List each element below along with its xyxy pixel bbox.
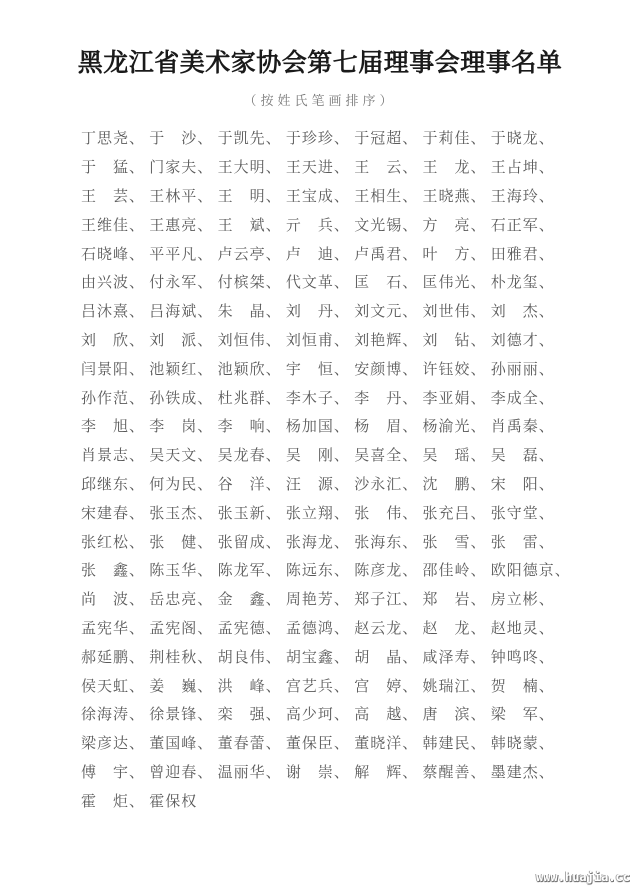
member-name: 欧阳德京、: [491, 560, 559, 580]
member-name: 宋 阳、: [491, 474, 559, 494]
member-name: 刘文元、: [354, 301, 422, 321]
name-row: 李 旭、李 岗、李 响、杨加国、杨 眉、杨渝光、肖禹秦、: [81, 412, 581, 441]
member-name: 许钰姣、: [422, 359, 490, 379]
member-name: 王大明、: [218, 157, 286, 177]
member-name: 吕沐熹、: [81, 301, 149, 321]
member-name: 王宝成、: [286, 186, 354, 206]
member-name: 平平凡、: [149, 244, 217, 264]
member-name: 张守堂、: [491, 503, 559, 523]
member-name: 孟宪德、: [218, 618, 286, 638]
member-name: 刘世伟、: [422, 301, 490, 321]
member-name: 朴龙玺、: [491, 272, 559, 292]
member-name: 赵 龙、: [422, 618, 490, 638]
member-name: 郑 岩、: [422, 589, 490, 609]
member-name: 闫景阳、: [81, 359, 149, 379]
member-name: 咸泽寿、: [422, 647, 490, 667]
member-name: 刘德才、: [491, 330, 559, 350]
member-name: 谷 洋、: [218, 474, 286, 494]
member-name: 刘 钻、: [422, 330, 490, 350]
member-name: 田雅君、: [491, 244, 559, 264]
member-name: 付永军、: [149, 272, 217, 292]
member-name: 高少珂、: [286, 704, 354, 724]
name-row: 王 芸、王林平、王 明、王宝成、王相生、王晓燕、王海玲、: [81, 182, 581, 211]
name-row: 侯天虹、姜 巍、洪 峰、宫艺兵、宫 婷、姚瑞江、贺 楠、: [81, 671, 581, 700]
member-name: 王 明、: [218, 186, 286, 206]
member-name: 傅 宇、: [81, 762, 149, 782]
member-name: 李木子、: [286, 388, 354, 408]
member-name: 李亚娟、: [422, 388, 490, 408]
member-name: 门家夫、: [149, 157, 217, 177]
member-name: 刘艳辉、: [354, 330, 422, 350]
member-name: 董晓洋、: [354, 733, 422, 753]
member-name: 张玉杰、: [149, 503, 217, 523]
member-name: 吴 瑶、: [422, 445, 490, 465]
member-name: 张 鑫、: [81, 560, 149, 580]
member-name: 于 猛、: [81, 157, 149, 177]
member-name: 叶 方、: [422, 244, 490, 264]
member-name: 陈玉华、: [149, 560, 217, 580]
member-name: 张红松、: [81, 532, 149, 552]
member-name: 张 雪、: [422, 532, 490, 552]
member-name: 于 沙、: [149, 128, 217, 148]
member-name: 姜 巍、: [149, 676, 217, 696]
document-title: 黑龙江省美术家协会第七届理事会理事名单: [0, 46, 640, 80]
member-name: 沈 鹏、: [422, 474, 490, 494]
member-name: 侯天虹、: [81, 676, 149, 696]
member-name: 张海龙、: [286, 532, 354, 552]
name-row: 孙作范、孙铁成、杜兆群、李木子、李 丹、李亚娟、李成全、: [81, 383, 581, 412]
member-name: 张充吕、: [422, 503, 490, 523]
member-name: 于莉佳、: [422, 128, 490, 148]
member-name: 方 亮、: [422, 215, 490, 235]
member-name: 王 龙、: [422, 157, 490, 177]
member-name: 邱继东、: [81, 474, 149, 494]
member-name: 岳忠亮、: [149, 589, 217, 609]
member-name: 汪 源、: [286, 474, 354, 494]
member-name: 代文革、: [286, 272, 354, 292]
name-row: 郝延鹏、荆桂秋、胡良伟、胡宝鑫、胡 晶、咸泽寿、钟鸣咚、: [81, 642, 581, 671]
member-name: 董保臣、: [286, 733, 354, 753]
member-name: 文光锡、: [354, 215, 422, 235]
member-name: 刘恒伟、: [218, 330, 286, 350]
member-name: 杨加国、: [286, 416, 354, 436]
name-row: 尚 波、岳忠亮、金 鑫、周艳芳、郑子江、郑 岩、房立彬、: [81, 585, 581, 614]
member-name: 赵云龙、: [354, 618, 422, 638]
member-name: 孙丽丽、: [491, 359, 559, 379]
member-name: 王 云、: [354, 157, 422, 177]
member-name: 宫 婷、: [354, 676, 422, 696]
member-name: 肖禹秦、: [491, 416, 559, 436]
member-name: 吴天文、: [149, 445, 217, 465]
member-name: 孟德鸿、: [286, 618, 354, 638]
member-name-list: 丁思尧、于 沙、于凯先、于珍珍、于冠超、于莉佳、于晓龙、于 猛、门家夫、王大明、…: [81, 124, 581, 815]
member-name: 宇 恒、: [286, 359, 354, 379]
member-name: 墨建杰、: [491, 762, 559, 782]
member-name: 陈彦龙、: [354, 560, 422, 580]
member-name: 张海东、: [354, 532, 422, 552]
member-name: 尚 波、: [81, 589, 149, 609]
member-name: 刘 杰、: [491, 301, 559, 321]
member-name: 王天进、: [286, 157, 354, 177]
member-name: 卢云亭、: [218, 244, 286, 264]
name-row: 邱继东、何为民、谷 洋、汪 源、沙永汇、沈 鹏、宋 阳、: [81, 470, 581, 499]
member-name: 董国峰、: [149, 733, 217, 753]
member-name: 金 鑫、: [218, 589, 286, 609]
member-name: 栾 强、: [218, 704, 286, 724]
member-name: 荆桂秋、: [149, 647, 217, 667]
name-row: 由兴波、付永军、付槟桀、代文革、匡 石、匡伟光、朴龙玺、: [81, 268, 581, 297]
member-name: 李 岗、: [149, 416, 217, 436]
member-name: 杨 眉、: [354, 416, 422, 436]
member-name: 王占坤、: [491, 157, 559, 177]
member-name: 王惠亮、: [149, 215, 217, 235]
member-name: 吴 刚、: [286, 445, 354, 465]
name-row: 闫景阳、池颖红、池颖欣、宇 恒、安颜博、许钰姣、孙丽丽、: [81, 354, 581, 383]
member-name: 刘恒甫、: [286, 330, 354, 350]
member-name: 霍保权: [149, 791, 217, 811]
member-name: 房立彬、: [491, 589, 559, 609]
member-name: 于凯先、: [218, 128, 286, 148]
member-name: 蔡醒善、: [422, 762, 490, 782]
member-name: 池颖欣、: [218, 359, 286, 379]
member-name: 王林平、: [149, 186, 217, 206]
name-row: 王维佳、王惠亮、王 斌、亓 兵、文光锡、方 亮、石正军、: [81, 210, 581, 239]
member-name: 宫艺兵、: [286, 676, 354, 696]
member-name: 钟鸣咚、: [491, 647, 559, 667]
name-row: 张 鑫、陈玉华、陈龙军、陈远东、陈彦龙、邵佳岭、欧阳德京、: [81, 556, 581, 585]
name-row: 肖景志、吴天文、吴龙春、吴 刚、吴喜全、吴 瑶、吴 磊、: [81, 441, 581, 470]
member-name: 徐海涛、: [81, 704, 149, 724]
name-row: 于 猛、门家夫、王大明、王天进、王 云、王 龙、王占坤、: [81, 153, 581, 182]
member-name: 于珍珍、: [286, 128, 354, 148]
member-name: 杜兆群、: [218, 388, 286, 408]
name-row: 吕沐熹、吕海斌、朱 晶、刘 丹、刘文元、刘世伟、刘 杰、: [81, 297, 581, 326]
member-name: 李 丹、: [354, 388, 422, 408]
member-name: 池颖红、: [149, 359, 217, 379]
name-row: 孟宪华、孟宪阁、孟宪德、孟德鸿、赵云龙、赵 龙、赵地灵、: [81, 614, 581, 643]
member-name: 王 斌、: [218, 215, 286, 235]
member-name: 胡良伟、: [218, 647, 286, 667]
member-name: 匡 石、: [354, 272, 422, 292]
member-name: 张立翔、: [286, 503, 354, 523]
member-name: 吕海斌、: [149, 301, 217, 321]
name-row: 石晓峰、平平凡、卢云亭、卢 迪、卢禹君、叶 方、田雅君、: [81, 239, 581, 268]
member-name: 贺 楠、: [491, 676, 559, 696]
member-name: 吴喜全、: [354, 445, 422, 465]
member-name: 周艳芳、: [286, 589, 354, 609]
member-name: 郑子江、: [354, 589, 422, 609]
member-name: 孟宪阁、: [149, 618, 217, 638]
member-name: 刘 派、: [149, 330, 217, 350]
member-name: 解 辉、: [354, 762, 422, 782]
member-name: 张 健、: [149, 532, 217, 552]
member-name: 温丽华、: [218, 762, 286, 782]
member-name: 王晓燕、: [422, 186, 490, 206]
member-name: 谢 崇、: [286, 762, 354, 782]
name-row: 梁彦达、董国峰、董春蕾、董保臣、董晓洋、韩建民、韩晓蒙、: [81, 729, 581, 758]
member-name: 宋建春、: [81, 503, 149, 523]
member-name: 由兴波、: [81, 272, 149, 292]
member-name: 陈龙军、: [218, 560, 286, 580]
member-name: 吴 磊、: [491, 445, 559, 465]
member-name: 李 旭、: [81, 416, 149, 436]
member-name: 郝延鹏、: [81, 647, 149, 667]
member-name: 石晓峰、: [81, 244, 149, 264]
member-name: 肖景志、: [81, 445, 149, 465]
member-name: 徐景锋、: [149, 704, 217, 724]
name-row: 张红松、张 健、张留成、张海龙、张海东、张 雪、张 雷、: [81, 527, 581, 556]
member-name: 王相生、: [354, 186, 422, 206]
member-name: 韩建民、: [422, 733, 490, 753]
member-name: 姚瑞江、: [422, 676, 490, 696]
member-name: 霍 炬、: [81, 791, 149, 811]
member-name: 安颜博、: [354, 359, 422, 379]
member-name: 沙永汇、: [354, 474, 422, 494]
member-name: 李成全、: [491, 388, 559, 408]
member-name: 杨渝光、: [422, 416, 490, 436]
member-name: 卢禹君、: [354, 244, 422, 264]
member-name: 李 响、: [218, 416, 286, 436]
name-row: 丁思尧、于 沙、于凯先、于珍珍、于冠超、于莉佳、于晓龙、: [81, 124, 581, 153]
member-name: 韩晓蒙、: [491, 733, 559, 753]
name-row: 傅 宇、曾迎春、温丽华、谢 崇、解 辉、蔡醒善、墨建杰、: [81, 758, 581, 787]
member-name: 董春蕾、: [218, 733, 286, 753]
member-name: 何为民、: [149, 474, 217, 494]
member-name: 王 芸、: [81, 186, 149, 206]
member-name: 赵地灵、: [491, 618, 559, 638]
member-name: 孙作范、: [81, 388, 149, 408]
document-subtitle: （按姓氏笔画排序）: [0, 92, 640, 112]
name-row: 霍 炬、霍保权: [81, 786, 581, 815]
member-name: 亓 兵、: [286, 215, 354, 235]
member-name: 梁 军、: [491, 704, 559, 724]
member-name: 洪 峰、: [218, 676, 286, 696]
member-name: 孙铁成、: [149, 388, 217, 408]
member-name: 付槟桀、: [218, 272, 286, 292]
watermark: www.huajia.cc: [536, 870, 630, 884]
member-name: 唐 滨、: [422, 704, 490, 724]
member-name: 胡 晶、: [354, 647, 422, 667]
member-name: 张 伟、: [354, 503, 422, 523]
member-name: 王海玲、: [491, 186, 559, 206]
name-row: 宋建春、张玉杰、张玉新、张立翔、张 伟、张充吕、张守堂、: [81, 498, 581, 527]
member-name: 王维佳、: [81, 215, 149, 235]
member-name: 张留成、: [218, 532, 286, 552]
member-name: 石正军、: [491, 215, 559, 235]
name-row: 刘 欣、刘 派、刘恒伟、刘恒甫、刘艳辉、刘 钻、刘德才、: [81, 326, 581, 355]
member-name: 刘 欣、: [81, 330, 149, 350]
member-name: 张玉新、: [218, 503, 286, 523]
member-name: 丁思尧、: [81, 128, 149, 148]
name-row: 徐海涛、徐景锋、栾 强、高少珂、高 越、唐 滨、梁 军、: [81, 700, 581, 729]
member-name: 卢 迪、: [286, 244, 354, 264]
member-name: 曾迎春、: [149, 762, 217, 782]
member-name: 张 雷、: [491, 532, 559, 552]
member-name: 孟宪华、: [81, 618, 149, 638]
member-name: 陈远东、: [286, 560, 354, 580]
member-name: 吴龙春、: [218, 445, 286, 465]
member-name: 朱 晶、: [218, 301, 286, 321]
member-name: 匡伟光、: [422, 272, 490, 292]
member-name: 胡宝鑫、: [286, 647, 354, 667]
member-name: 刘 丹、: [286, 301, 354, 321]
member-name: 高 越、: [354, 704, 422, 724]
member-name: 梁彦达、: [81, 733, 149, 753]
member-name: 于晓龙、: [491, 128, 559, 148]
member-name: 于冠超、: [354, 128, 422, 148]
member-name: 邵佳岭、: [422, 560, 490, 580]
